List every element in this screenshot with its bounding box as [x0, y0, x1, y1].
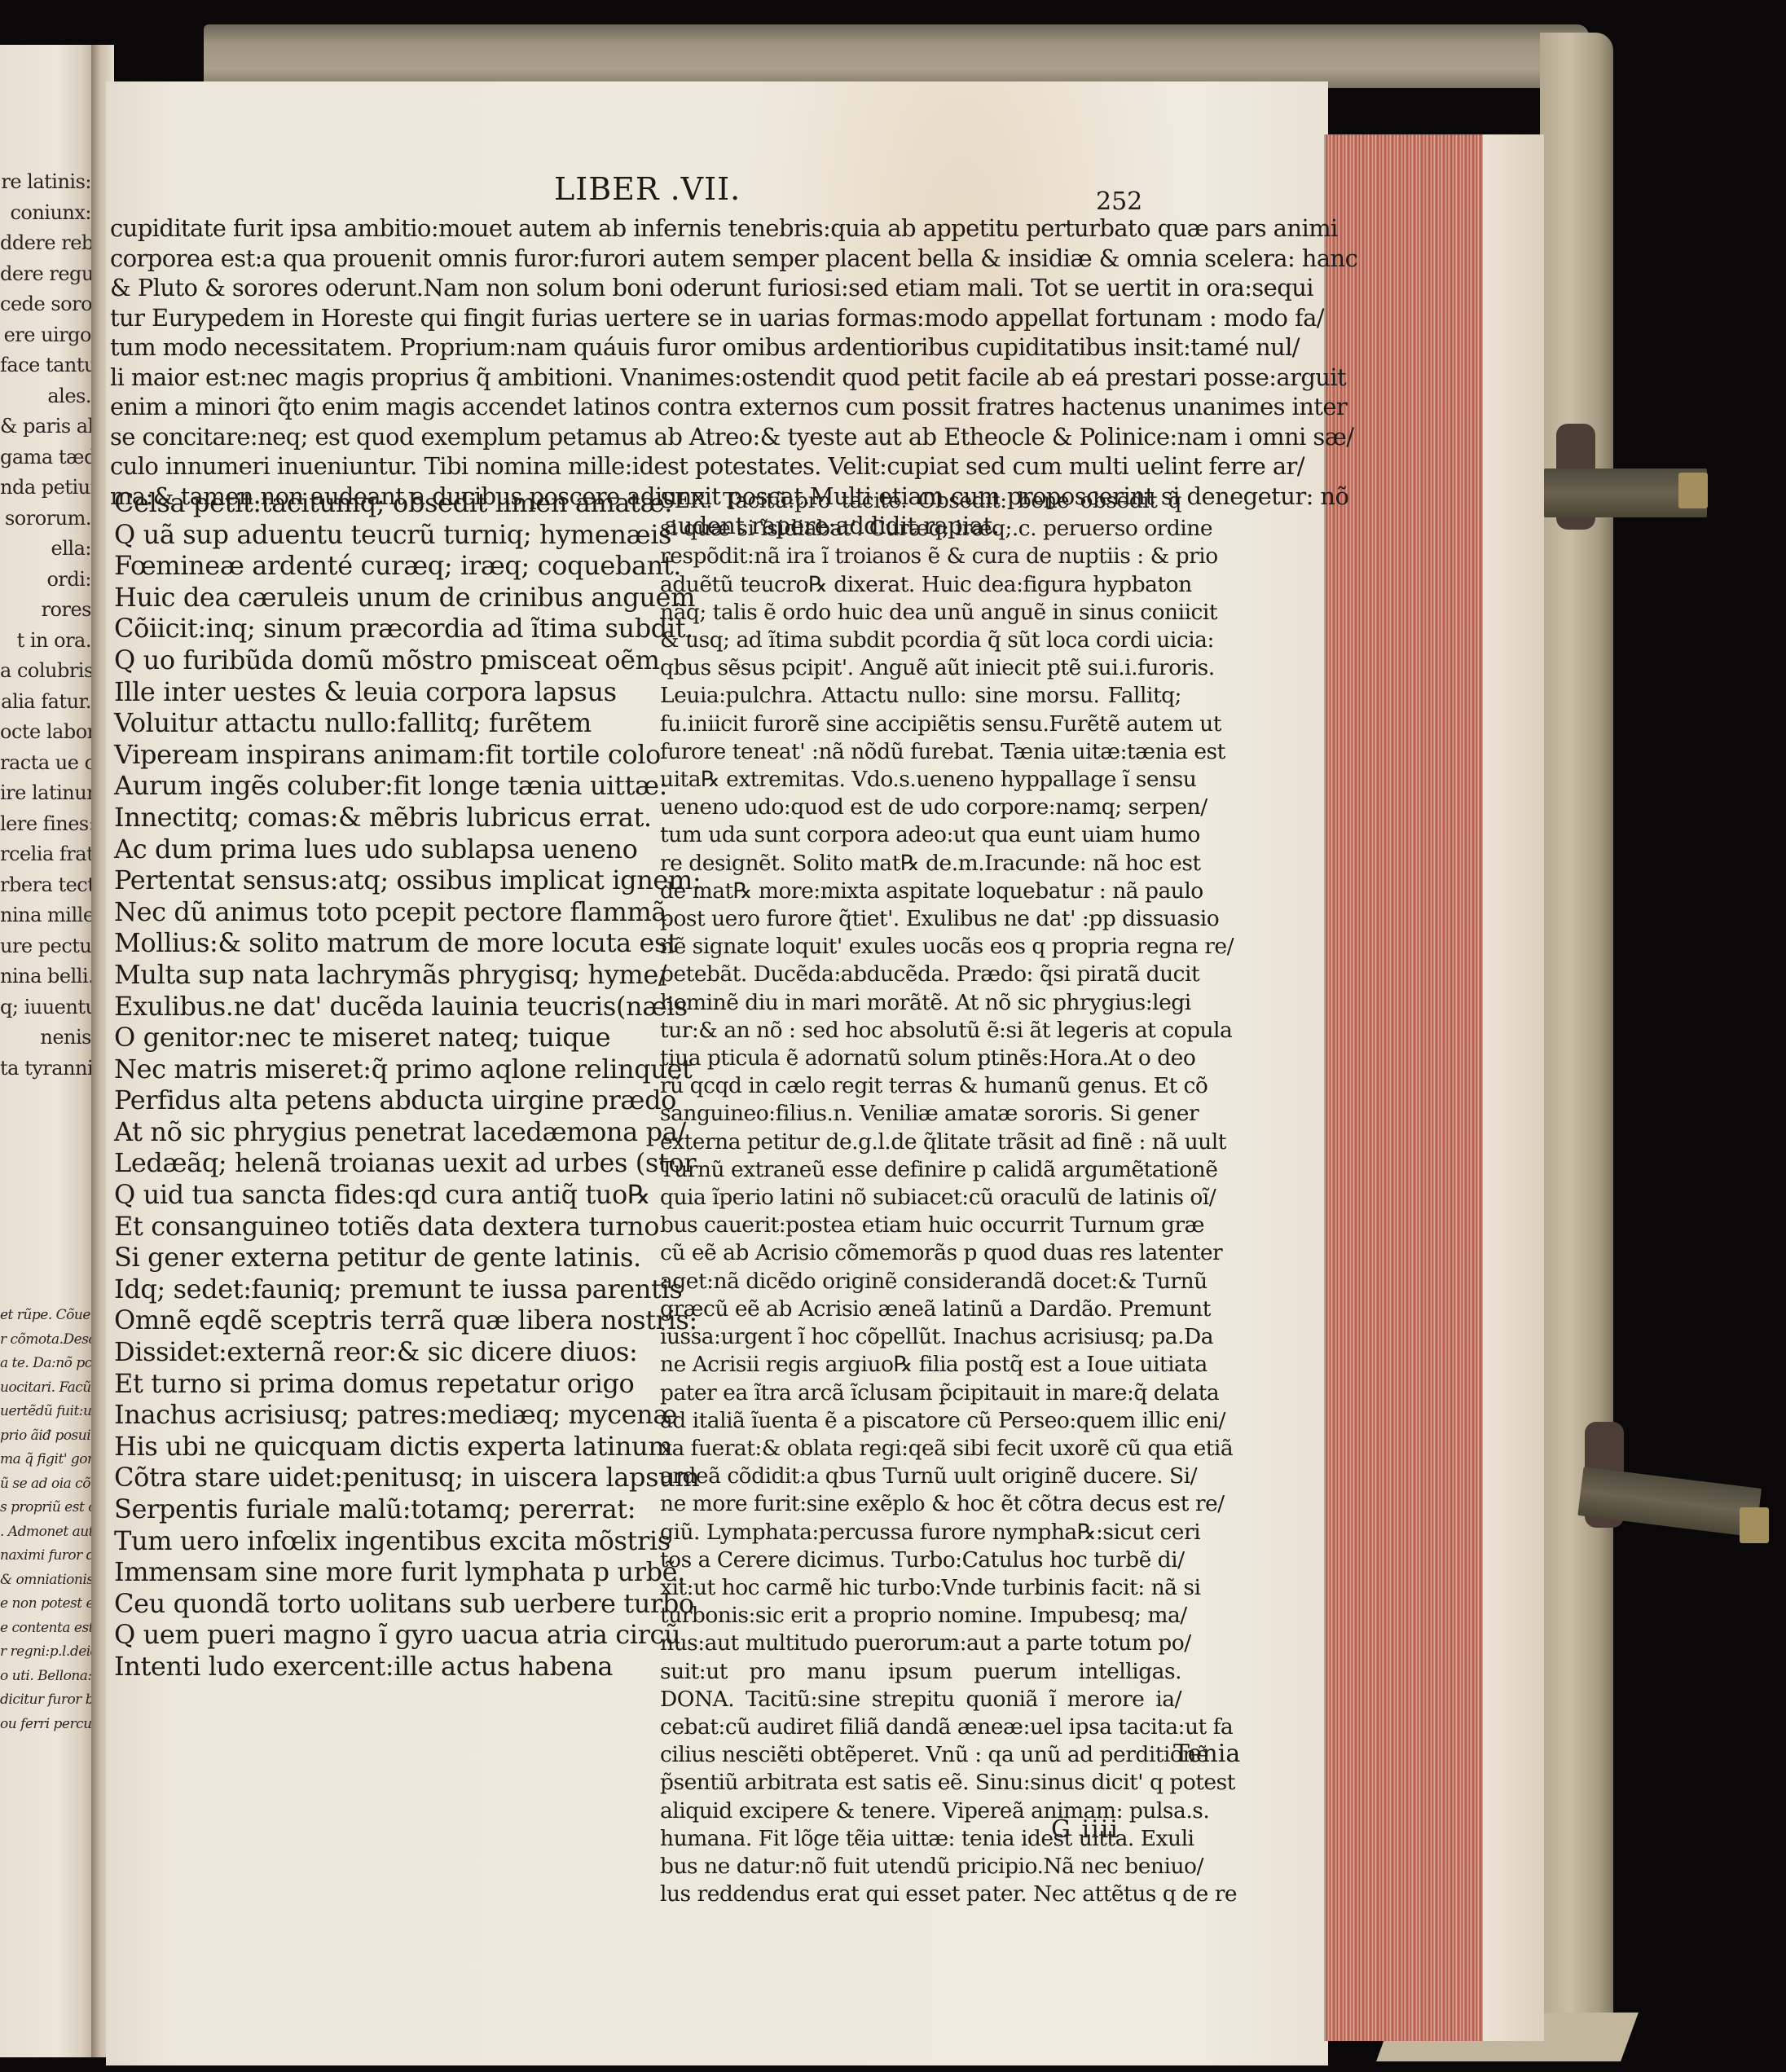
left-page-commentary-fragment: uocitari. Facũdũ [0, 1376, 91, 1401]
commentary-line: uita℞ extremitas. Vdo.s.ueneno hyppallag… [660, 766, 1181, 794]
commentary-line: furore teneat' :nã nõdũ furebat. Tænia u… [660, 738, 1181, 766]
lower-clasp-brass-tip [1740, 1507, 1769, 1543]
verse-line: Q uo furibũda domũ mõstro pmisceat oẽm [114, 644, 644, 676]
left-page-commentary-fragment: r regni:p.l.deide cũ [0, 1640, 91, 1665]
left-page-verse-fragment: ta tyranni [0, 1054, 91, 1084]
left-page-verse-fragment: octe laborẽ: [0, 717, 91, 748]
left-page-commentary-fragment: uertẽdũ fuit:ut ua [0, 1400, 91, 1424]
left-page-commentary-fragment: dicitur furor bellan [0, 1688, 91, 1713]
commentary-line: ad italiã ĩuenta ẽ a piscatore cũ Perseo… [660, 1407, 1181, 1435]
commentary-line: cupiditate furit ipsa ambitio:mouet aute… [110, 213, 1186, 244]
commentary-line: suit:ut pro manu ipsum puerum intelligas… [660, 1658, 1181, 1686]
verse-line: Si gener externa petitur de gente latini… [114, 1242, 644, 1274]
commentary-line: culo innumeri inueniuntur. Tibi nomina m… [110, 451, 1186, 482]
commentary-line: lus reddendus erat qui esset pater. Nec … [660, 1881, 1181, 1908]
commentary-line: turbonis:sic erit a proprio nomine. Impu… [660, 1602, 1181, 1630]
left-page-verse-fragment: lere fines: [0, 809, 91, 840]
commentary-line: respõdit:nã ira ĩ troianos ẽ & cura de n… [660, 543, 1181, 570]
left-page-verse-fragment: coniunx: [0, 198, 91, 229]
verse-line: Q uid tua sancta fides:qd cura antiq̃ tu… [114, 1179, 644, 1211]
verse-line: Nec matris miseret:q̃ primo aqlone relin… [114, 1054, 644, 1085]
verse-line: Ille inter uestes & leuia corpora lapsus [114, 676, 644, 708]
verse-line: Mollius:& solito matrum de more locuta e… [114, 927, 644, 959]
commentary-line: re designẽt. Solito mat℞ de.m.Iracunde: … [660, 850, 1181, 878]
commentary-line: de mat℞ more:mixta aspitate loquebatur :… [660, 878, 1181, 905]
left-page-verse-fragment: nina mille: [0, 900, 91, 931]
left-page-commentary-fragment: s propriũ est confir [0, 1496, 91, 1520]
left-page-verse-fragment: ella: [0, 534, 91, 565]
verse-line: Ledæãq; helenã troianas uexit ad urbes (… [114, 1147, 644, 1179]
left-page-commentary-fragment: & omniationis lu/ [0, 1568, 91, 1593]
verse-line: O genitor:nec te miseret nateq; tuique [114, 1022, 644, 1054]
commentary-line: quia ĩperio latini nõ subiacet:cũ oracul… [660, 1184, 1181, 1212]
commentary-line: & usq; ad ĩtima subdit pcordia q̃ sũt lo… [660, 627, 1181, 654]
commentary-line: pater ea ĩtra arcã ĩclusam p̃cipitauit i… [660, 1379, 1181, 1407]
commentary-line: ueneno udo:quod est de udo corpore:namq;… [660, 794, 1181, 821]
commentary-line: fu.iniicit furorẽ sine accipiẽtis sensu.… [660, 710, 1181, 738]
commentary-line: se concitare:neq; est quod exemplum peta… [110, 422, 1186, 452]
commentary-line: iussa:urgent ĩ hoc cõpellũt. Inachus acr… [660, 1323, 1181, 1351]
marginal-gloss: Tenia [1173, 1740, 1240, 1768]
left-page-commentary-fragment: e non potest etiã infe [0, 1592, 91, 1617]
left-page-verse-fragment: ire latinum [0, 778, 91, 809]
verse-line: Q uã sup aduentu teucrũ turniq; hymenæis [114, 519, 644, 551]
commentary-line: rũ qcqd in cælo regit terras & humanũ ge… [660, 1072, 1181, 1100]
commentary-line: si quæ si ĩsidiabat'. Curæq; iræq;.c. pe… [660, 515, 1181, 543]
commentary-line: hominẽ diu in mari morãtẽ. At nõ sic phr… [660, 989, 1181, 1017]
verse-line: Pertentat sensus:atq; ossibus implicat i… [114, 864, 644, 896]
commentary-line: ne more furit:sine exẽplo & hoc ẽt cõtra… [660, 1490, 1181, 1518]
commentary-line: græcũ eẽ ab Acrisio æneã latinũ a Dardão… [660, 1296, 1181, 1323]
commentary-line: cũ eẽ ab Acrisio cõmemorãs p quod duas r… [660, 1239, 1181, 1267]
verse-line: Innectitq; comas:& mẽbris lubricus errat… [114, 802, 644, 834]
commentary-line: bus ne datur:nõ fuit utendũ pricipio.Nã … [660, 1853, 1181, 1881]
commentary-line: Leuia:pulchra. Attactu nullo: sine morsu… [660, 682, 1181, 710]
verse-line: Vipeream inspirans animam:fit tortile co… [114, 739, 644, 771]
left-page-verse-fragment: q; iuuentus. [0, 992, 91, 1023]
verse-line: Ceu quondã torto uolitans sub uerbere tu… [114, 1588, 644, 1620]
verse-line: Dissidet:externã reor:& sic dicere diuos… [114, 1336, 644, 1368]
commentary-line: Turnũ extraneũ esse definire p calidã ar… [660, 1156, 1181, 1184]
left-page-commentary-fragment: ou ferri percutiebãt [0, 1713, 91, 1737]
verse-line: Intenti ludo exercent:ille actus habena [114, 1651, 644, 1683]
verse-line: His ubi ne quicquam dictis experta latin… [114, 1431, 644, 1463]
left-page-verse-fragment: re latinis: [0, 167, 91, 198]
left-page-commentary-fragment: e contenta est : & fa/ [0, 1617, 91, 1641]
verse-line: Cõiicit:inq; sinum præcordia ad ĩtima su… [114, 613, 644, 644]
commentary-line: tiua pticula ẽ adornatũ solum ptinẽs:Hor… [660, 1045, 1181, 1072]
verse-line: Q uem pueri magno ĩ gyro uacua atria cir… [114, 1619, 644, 1651]
commentary-line: tos a Cerere dicimus. Turbo:Catulus hoc … [660, 1546, 1181, 1574]
commentary-line: externa petitur de.g.l.de q̃litate trãsi… [660, 1128, 1181, 1156]
left-page-verse-fragment: rcelia fratres: [0, 839, 91, 870]
verse-line: Tum uero infœlix ingentibus excita mõstr… [114, 1525, 644, 1557]
commentary-line: DONA. Tacitũ:sine strepitu quoniã ĩ mero… [660, 1686, 1181, 1713]
commentary-line: giũ. Lymphata:percussa furore nympha℞:si… [660, 1519, 1181, 1546]
verse-line: Celsa petit:tacitumq; obsedit limen amat… [114, 487, 644, 519]
left-page-commentary-fragment: ma q̃ figit' gorgõe. [0, 1448, 91, 1472]
left-page-verse-fragment: gama tædæ [0, 442, 91, 473]
left-page-verse-fragment: sororum. [0, 504, 91, 534]
left-page-verse-fragment: nenis [0, 1023, 91, 1054]
verse-line: Multa sup nata lachrymãs phrygisq; hyme/ [114, 959, 644, 991]
verse-line: Huic dea cæruleis unum de crinibus angue… [114, 582, 644, 614]
left-page-commentary-fragment: ũ se ad oia cõuerte/ [0, 1472, 91, 1497]
left-page-verse-fragment: ure pectus. [0, 931, 91, 962]
commentary-line: aget:nã dicẽdo originẽ considerandã doce… [660, 1268, 1181, 1296]
commentary-line: tur:& an nõ : sed hoc absolutũ ẽ:si ãt l… [660, 1017, 1181, 1045]
left-page-commentary-fragment: naximi furor descen/ [0, 1544, 91, 1568]
left-page-verse-fragments: re latinis:coniunx:ddere rebus.dere regu… [0, 167, 91, 1084]
left-page-commentary-fragment: a te. Da:nõ pcat [0, 1352, 91, 1376]
verse-line: Fœmineæ ardenté curæq; iræq; coquebant. [114, 550, 644, 582]
left-page-verse-fragment: rbera tectis: [0, 870, 91, 901]
left-page-verse-fragment: alia fatur. [0, 687, 91, 718]
verse-line: Immensam sine more furit lymphata p urbẽ… [114, 1556, 644, 1588]
left-page-commentary-fragments: et rũpe. Cõuer/r cõmota.Descria te. Da:n… [0, 1304, 91, 1736]
verse-line: Et turno si prima domus repetatur origo [114, 1368, 644, 1400]
left-page-verse-fragment: cede sororũ. [0, 289, 91, 320]
left-page-commentary-fragment: prio ãiđ posuit & [0, 1424, 91, 1449]
left-page-verse-fragment: ddere rebus. [0, 228, 91, 259]
verse-line: Perfidus alta petens abducta uirgine præ… [114, 1084, 644, 1116]
running-head: LIBER .VII. [554, 171, 741, 207]
vellum-cover-top-edge [204, 24, 1589, 88]
verse-line: At nõ sic phrygius penetrat lacedæmona p… [114, 1116, 644, 1148]
left-page-verse-fragment: t in ora. [0, 626, 91, 657]
commentary-line: SER. Tacitũ:pro tacite. Obsedit: bene ob… [660, 487, 1181, 515]
left-page-verse-fragment: rores [0, 595, 91, 626]
verse-line: Et consanguineo totiẽs data dextera turn… [114, 1211, 644, 1243]
left-page-verse-fragment: a colubris. [0, 656, 91, 687]
commentary-line: nãq; talis ẽ ordo huic dea unũ anguẽ in … [660, 599, 1181, 627]
left-page-commentary-fragment: r cõmota.Descri [0, 1328, 91, 1353]
commentary-line: bus cauerit:postea etiam huic occurrit T… [660, 1212, 1181, 1239]
commentary-line: li maior est:nec magis proprius q̃ ambit… [110, 363, 1186, 393]
verse-line: Ac dum prima lues udo sublapsa ueneno [114, 834, 644, 865]
verse-line: Aurum ingẽs coluber:fit longe tænia uitt… [114, 770, 644, 802]
folio-number: 252 [1096, 187, 1142, 216]
left-page-verse-fragment: nda petiuit. [0, 473, 91, 504]
left-page-commentary-fragment: et rũpe. Cõuer/ [0, 1304, 91, 1328]
left-page-verse-fragment: dere regum. [0, 259, 91, 290]
left-page-verse-fragment: & paris alter: [0, 411, 91, 442]
commentary-line: tur Eurypedem in Horeste qui fingit furi… [110, 303, 1186, 333]
left-facing-page: re latinis:coniunx:ddere rebus.dere regu… [0, 45, 96, 2057]
commentary-line: aduẽtũ teucro℞ dixerat. Huic dea:figura … [660, 571, 1181, 599]
left-page-verse-fragment: ales. [0, 381, 91, 412]
red-stained-page-edges [1324, 134, 1489, 2041]
commentary-line: enim a minori q̃to enim magis accendet l… [110, 392, 1186, 422]
verse-line: Exulibus.ne dat' ducẽda lauinia teucris(… [114, 991, 644, 1023]
commentary-line: qbus sẽsus pcipit'. Anguẽ aũt iniecit pt… [660, 654, 1181, 682]
commentary-line: ne Acrisii regis argiuo℞ filia postq̃ es… [660, 1351, 1181, 1379]
verse-column: Celsa petit:tacitumq; obsedit limen amat… [114, 487, 644, 1683]
verse-line: Cõtra stare uidet:penitusq; in uiscera l… [114, 1462, 644, 1494]
commentary-line: cebat:cũ audiret filiã dandã æneæ:uel ip… [660, 1713, 1181, 1741]
commentary-line: post uero furore q̃tiet'. Exulibus ne da… [660, 905, 1181, 933]
left-page-verse-fragment: ere uirgo [0, 320, 91, 351]
commentary-line: nẽ signate loquit' exules uocãs eos q pr… [660, 933, 1181, 961]
commentary-line: corporea est:a qua prouenit omnis furor:… [110, 244, 1186, 274]
commentary-line: tum modo necessitatem. Proprium:nam quáu… [110, 332, 1186, 363]
commentary-line: ardeã cõdidit:a qbus Turnũ uult originẽ … [660, 1463, 1181, 1490]
left-page-commentary-fragment: . Admonet autem [0, 1520, 91, 1545]
commentary-line: xit:ut hoc carmẽ hic turbo:Vnde turbinis… [660, 1574, 1181, 1602]
verse-line: Nec dũ animus toto pcepit pectore flammã [114, 896, 644, 928]
commentary-column-right: SER. Tacitũ:pro tacite. Obsedit: bene ob… [660, 487, 1181, 1908]
page-edge-margin [1483, 134, 1544, 2041]
left-page-verse-fragment: racta ue cedat [0, 748, 91, 779]
commentary-line: xa fuerat:& oblata regi:qeã sibi fecit u… [660, 1435, 1181, 1463]
left-page-verse-fragment: ordi: [0, 565, 91, 596]
commentary-line: cilius nesciẽti obtẽperet. Vnũ : qa unũ … [660, 1741, 1181, 1769]
commentary-line: petebãt. Ducẽda:abducẽda. Prædo: q̃si pi… [660, 961, 1181, 988]
commentary-line: tum uda sunt corpora adeo:ut qua eunt ui… [660, 821, 1181, 849]
vellum-cover-fore-edge [1540, 33, 1613, 2053]
signature-mark: G iiii [1051, 1815, 1120, 1844]
commentary-line: & Pluto & sorores oderunt.Nam non solum … [110, 273, 1186, 303]
verse-line: Omnẽ eqdẽ sceptris terrã quæ libera nost… [114, 1304, 644, 1336]
left-page-verse-fragment: face tantum [0, 350, 91, 381]
left-page-verse-fragment: nina belli. [0, 961, 91, 992]
commentary-line: p̃sentiũ arbitrata est satis eẽ. Sinu:si… [660, 1769, 1181, 1797]
left-page-commentary-fragment: o uti. Bellona:nõ.n. [0, 1665, 91, 1689]
upper-clasp-brass-tip [1678, 473, 1708, 508]
commentary-line: sanguineo:filius.n. Veniliæ amatæ sorori… [660, 1100, 1181, 1128]
commentary-line: nus:aut multitudo puerorum:aut a parte t… [660, 1630, 1181, 1657]
verse-line: Serpentis furiale malũ:totamq; pererrat: [114, 1494, 644, 1525]
verse-line: Voluitur attactu nullo:fallitq; furẽtem [114, 707, 644, 739]
verse-line: Inachus acrisiusq; patres:mediæq; mycenæ [114, 1399, 644, 1431]
verse-line: Idq; sedet:fauniq; premunt te iussa pare… [114, 1274, 644, 1305]
